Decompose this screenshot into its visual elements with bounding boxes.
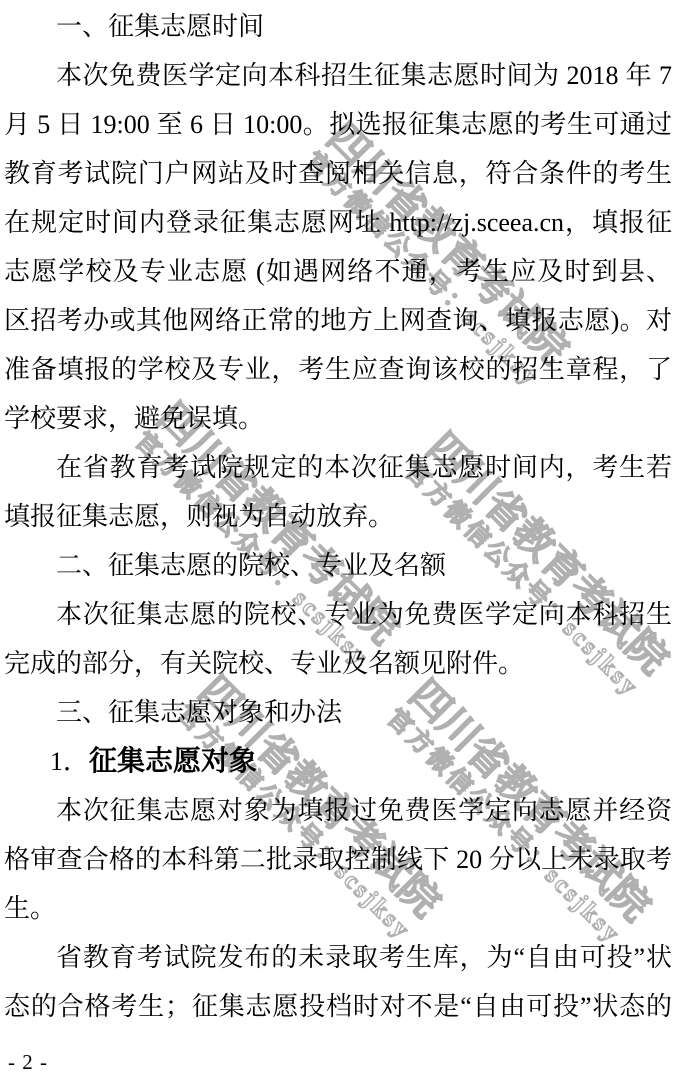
text-line: 本次免费医学定向本科招生征集志愿时间为 2018 年 7 (4, 51, 672, 100)
text-line: 教育考试院门户网站及时查阅相关信息，符合条件的考生应 (4, 149, 672, 198)
text-line: 准备填报的学校及专业，考生应查询该校的招生章程，了解 (4, 345, 672, 394)
text-line: 月 5 日 19:00 至 6 日 10:00。拟选报征集志愿的考生可通过省 (4, 100, 672, 149)
text-line: 区招考办或其他网络正常的地方上网查询、填报志愿)。对 (4, 296, 672, 345)
section-heading: 三、征集志愿对象和办法 (4, 688, 672, 737)
heading-number: 1． (50, 747, 89, 776)
section-heading: 二、征集志愿的院校、专业及名额 (4, 541, 672, 590)
page-number: - 2 - (8, 1048, 48, 1076)
text-line: 填报征集志愿，则视为自动放弃。 (4, 492, 672, 541)
document-page: 四川省教育考试院官方微信公众号：scsjksy四川省教育考试院官方微信公众号：s… (0, 0, 680, 1085)
section-heading: 1．征集志愿对象 (4, 737, 672, 786)
heading-text: 征集志愿对象 (89, 746, 257, 777)
text-line: 本次征集志愿对象为填报过免费医学定向志愿并经资 (4, 786, 672, 835)
text-line: 格审查合格的本科第二批录取控制线下 20 分以上未录取考 (4, 835, 672, 884)
section-heading: 一、征集志愿时间 (4, 2, 672, 51)
text-line: 本次征集志愿的院校、专业为免费医学定向本科招生未 (4, 590, 672, 639)
text-line: 完成的部分，有关院校、专业及名额见附件。 (4, 639, 672, 688)
text-line: 学校要求，避免误填。 (4, 394, 672, 443)
text-line: 在省教育考试院规定的本次征集志愿时间内，考生若未 (4, 443, 672, 492)
text-line: 志愿学校及专业志愿 (如遇网络不通，考生应及时到县、市、 (4, 247, 672, 296)
text-line: 态的合格考生；征集志愿投档时对不是“自由可投”状态的 (4, 982, 672, 1031)
text-line: 在规定时间内登录征集志愿网址 http://zj.sceea.cn，填报征集 (4, 198, 672, 247)
document-body: 一、征集志愿时间本次免费医学定向本科招生征集志愿时间为 2018 年 7月 5 … (4, 2, 672, 1031)
text-line: 生。 (4, 884, 672, 933)
text-line: 省教育考试院发布的未录取考生库，为“自由可投”状 (4, 933, 672, 982)
